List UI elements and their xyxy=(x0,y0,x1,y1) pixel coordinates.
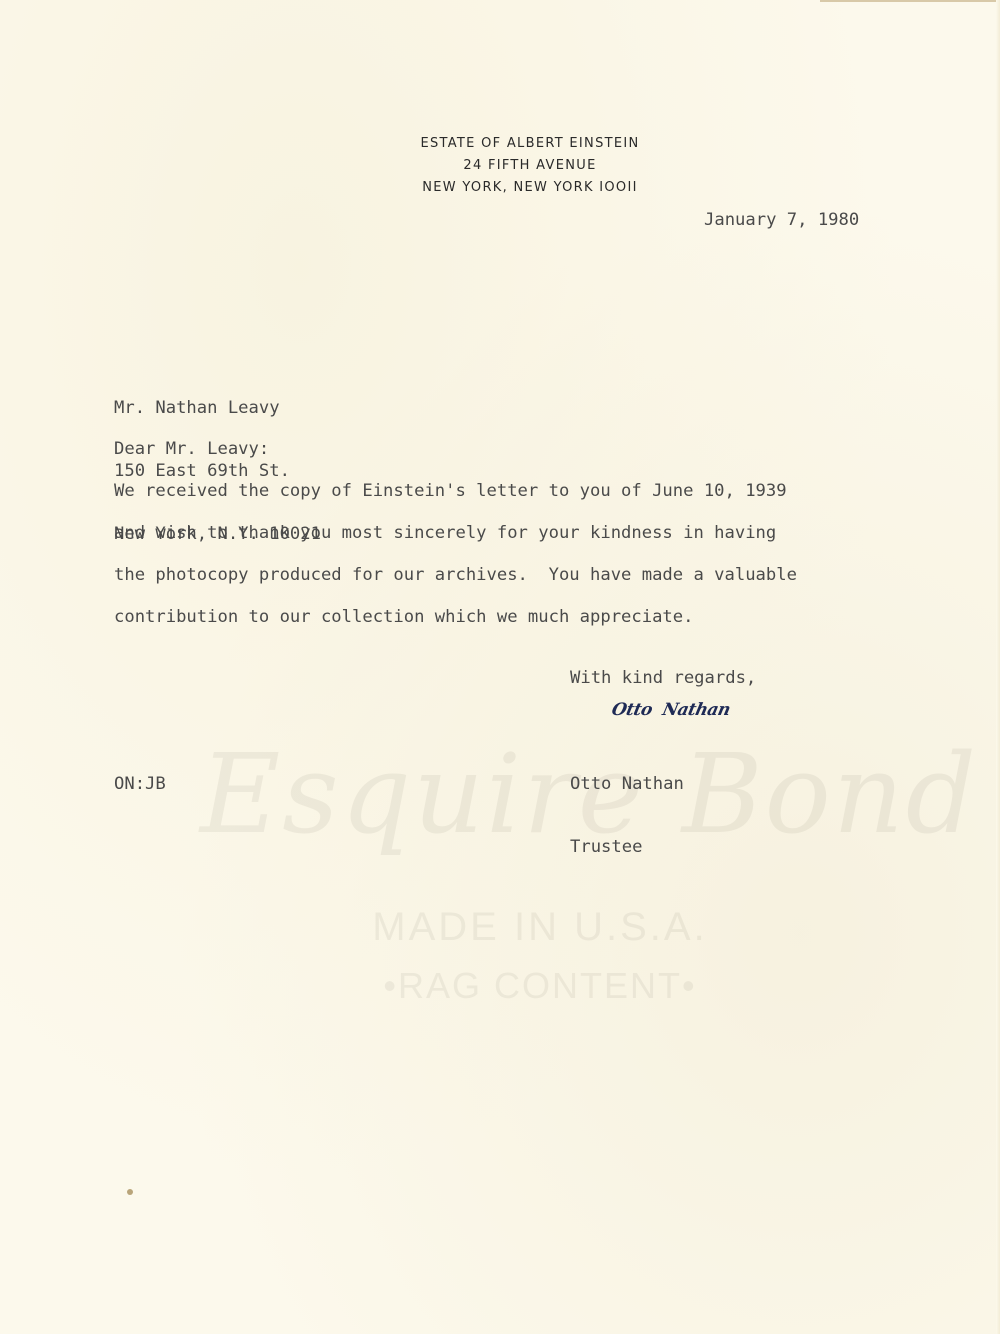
reference-initials: ON:JB xyxy=(114,774,166,794)
letterhead-organization: ESTATE OF ALBERT EINSTEIN xyxy=(380,133,680,155)
body-line: and wish to thank you most sincerely for… xyxy=(114,523,776,543)
letterhead-city: NEW YORK, NEW YORK IOOII xyxy=(380,177,680,199)
body-line: We received the copy of Einstein's lette… xyxy=(114,481,787,501)
letter-date: January 7, 1980 xyxy=(704,210,859,230)
letterhead-street: 24 FIFTH AVENUE xyxy=(380,155,680,177)
signer-block: Otto Nathan Trustee xyxy=(570,732,684,900)
signer-title: Trustee xyxy=(570,837,684,858)
recipient-name: Mr. Nathan Leavy xyxy=(114,398,321,419)
recipient-address: Mr. Nathan Leavy 150 East 69th St. New Y… xyxy=(114,356,321,587)
paper-speck xyxy=(127,1189,133,1195)
salutation: Dear Mr. Leavy: xyxy=(114,439,269,459)
letterhead: ESTATE OF ALBERT EINSTEIN 24 FIFTH AVENU… xyxy=(380,133,680,199)
paper-edge-right xyxy=(996,0,1000,1334)
body-line: the photocopy produced for our archives.… xyxy=(114,565,797,585)
watermark-script: Esquire Bond xyxy=(200,730,880,858)
letter-page: Esquire Bond MADE IN U.S.A. •RAG CONTENT… xyxy=(0,0,1000,1334)
recipient-street: 150 East 69th St. xyxy=(114,461,321,482)
paper-edge xyxy=(820,0,1000,2)
body-line: contribution to our collection which we … xyxy=(114,607,693,627)
watermark-made-in-usa: MADE IN U.S.A. xyxy=(300,905,780,950)
handwritten-signature: Otto Nathan xyxy=(610,700,732,720)
watermark-rag-content: •RAG CONTENT• xyxy=(300,965,780,1007)
closing: With kind regards, xyxy=(570,668,756,688)
signer-name: Otto Nathan xyxy=(570,774,684,795)
